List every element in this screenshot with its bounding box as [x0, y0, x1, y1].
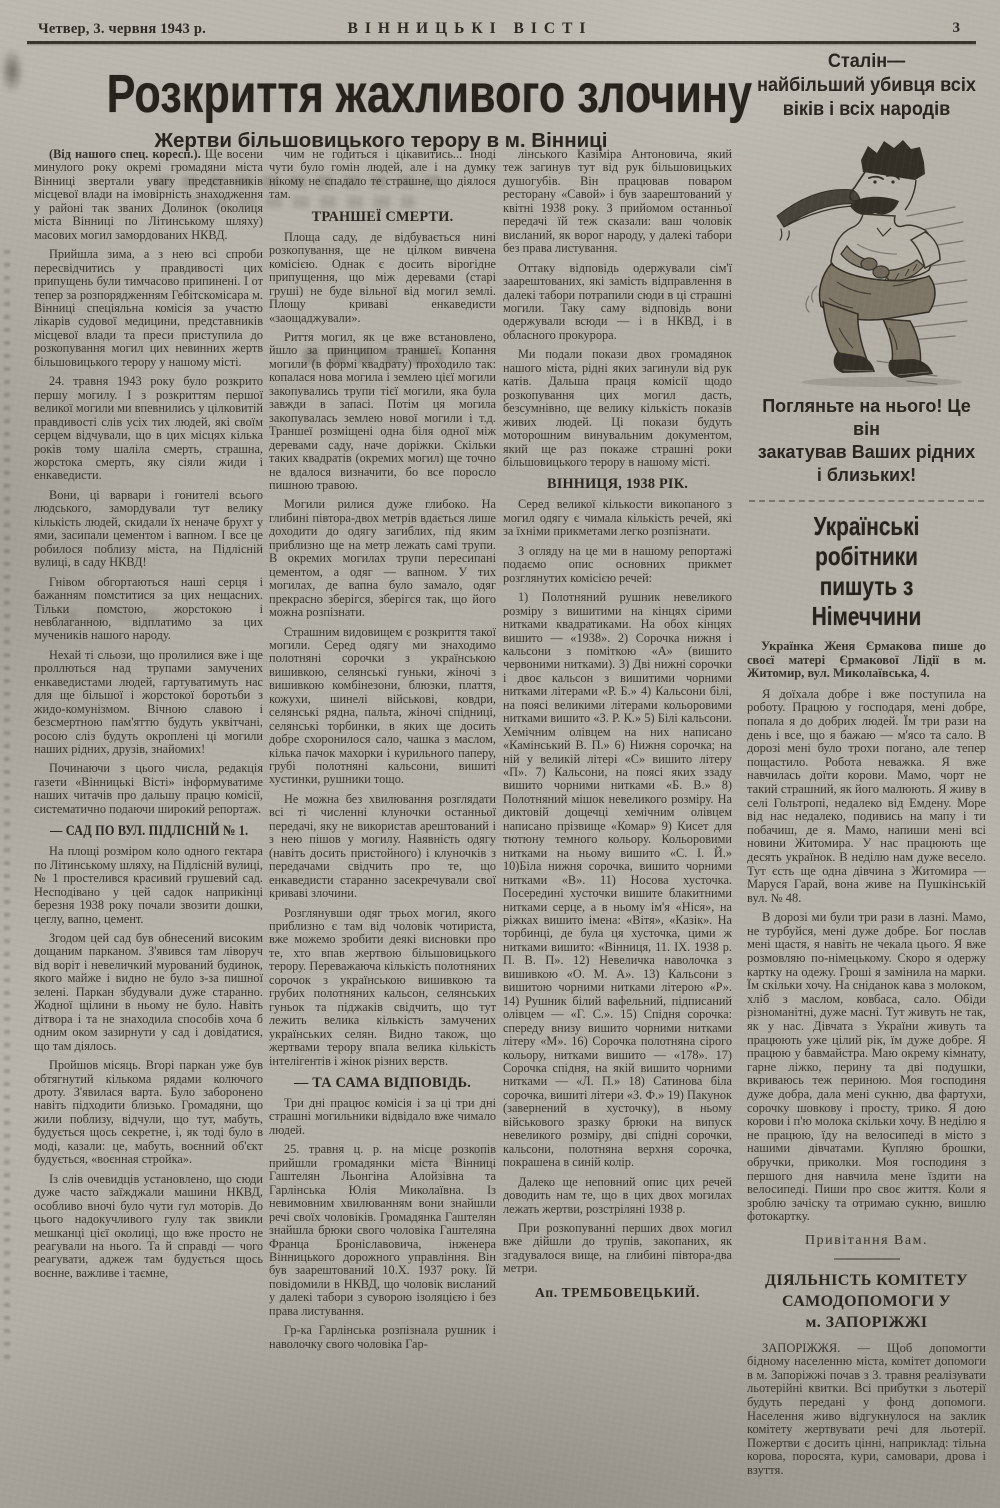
article-paragraph: Далеко ще неповний опис цих речей доводи…	[503, 1176, 732, 1216]
article-paragraph: (Від нашого спец. коресп.). Ще восени ми…	[34, 148, 263, 242]
article-paragraph: лінського Казіміра Антоновича, який теж …	[503, 148, 732, 256]
article-column-3: лінського Казіміра Антоновича, який теж …	[503, 148, 732, 1496]
article-paragraph: Я доїхала добре і вже поступила на робот…	[747, 688, 986, 906]
article-paragraph: Прийшла зима, а з нею всі спроби пересві…	[34, 248, 263, 369]
letter-article-body: Українка Женя Єрмакова пише до своєї мат…	[747, 640, 986, 1248]
newspaper-page: Четвер, 3. червня 1943 р. ВІННИЦЬКІ ВІСТ…	[0, 0, 1000, 1508]
zaporizhzhia-body: ЗАПОРІЖЖЯ. — Щоб допомогти бідному насел…	[747, 1342, 986, 1478]
article-paragraph: ЗАПОРІЖЖЯ. — Щоб допомогти бідному насел…	[747, 1342, 986, 1478]
article-paragraph: Починаючи з цього числа, редакція газети…	[34, 762, 263, 816]
zaporizhzhia-headline: ДІЯЛЬНІСТЬ КОМІТЕТУ САМОДОПОМОГИ У м. ЗА…	[747, 1270, 986, 1333]
article-paragraph: Гнівом обгортаються наші серця і бажання…	[34, 576, 263, 643]
stalin-feature-headline: Сталін— найбільший убивця всіх віків і в…	[753, 50, 980, 122]
header-rule	[27, 41, 976, 44]
article-paragraph: В дорозі ми були три рази в лазні. Мамо,…	[747, 911, 986, 1224]
article-paragraph: Ми подали покази двох громадянок нашого …	[503, 348, 732, 469]
article-paragraph: З огляду на це ми в нашому репортажі под…	[503, 545, 732, 585]
print-bleed-edge	[4, 250, 10, 1360]
newspaper-masthead: ВІННИЦЬКІ ВІСТІ	[0, 20, 940, 38]
stalin-with-sickle-drawing	[757, 136, 977, 391]
article-paragraph: 24. травня 1943 року було розкрито першу…	[34, 375, 263, 483]
article-paragraph: Серед великої кількости викопаного з мог…	[503, 498, 732, 538]
signature: Ап. ТРЕМБОВЕЦЬКИЙ.	[503, 1286, 732, 1299]
section-heading: — ТА САМА ВІДПОВІДЬ.	[269, 1075, 496, 1091]
article-paragraph: Розглянувши одяг трьох могил, якого приб…	[269, 907, 496, 1068]
article-paragraph: Риття могил, як це вже встановлено, йшло…	[269, 331, 496, 492]
article-paragraph: Три дні працює комісія і за ці три дні с…	[269, 1097, 496, 1137]
article-column-1: (Від нашого спец. коресп.). Ще восени ми…	[34, 148, 263, 1496]
main-headline: Розкриття жахливого злочину	[26, 65, 736, 123]
article-paragraph: Нехай ті сльози, що пролилися вже і ще п…	[34, 649, 263, 757]
stalin-caricature-illustration	[757, 136, 977, 391]
article-paragraph: При розкопуванні перших двох могил вже д…	[503, 1222, 732, 1276]
article-paragraph: Вони, ці варвари і гонителі всього людсь…	[34, 489, 263, 570]
article-paragraph: На площі розміром коло одного гектара по…	[34, 845, 263, 926]
signature: Привітання Вам.	[747, 1234, 986, 1248]
article-paragraph: 1) Полотняний рушник невеликого розміру …	[503, 591, 732, 1169]
section-heading: — САД ПО ВУЛ. ПІДЛІСНІЙ № 1.	[50, 823, 247, 839]
article-paragraph: Згодом цей сад був обнесений високим дощ…	[34, 932, 263, 1053]
article-paragraph: Із слів очевидців установлено, що сюди д…	[34, 1173, 263, 1281]
article-paragraph: Гр-ка Гарлінська розпізнала рушник і нав…	[269, 1324, 496, 1351]
article-paragraph: Українка Женя Єрмакова пише до своєї мат…	[747, 640, 986, 681]
right-column: Сталін— найбільший убивця всіх віків і в…	[747, 50, 986, 1498]
section-heading: ВІННИЦЯ, 1938 РІК.	[503, 476, 732, 492]
article-paragraph: Могили рилися дуже глибоко. На глибині п…	[269, 498, 496, 619]
article-paragraph: Пройшов місяць. Вгорі паркан уже був обт…	[34, 1059, 263, 1167]
page-number: 3	[953, 20, 961, 37]
article-paragraph: Площа саду, де відбувається нині розкопу…	[269, 231, 496, 325]
article-paragraph: Оттаку відповідь одержували сім'ї заареш…	[503, 262, 732, 343]
article-paragraph: чим не годиться і цікавитись... Іноді чу…	[269, 148, 496, 202]
article-column-2: чим не годиться і цікавитись... Іноді чу…	[269, 148, 496, 1496]
article-paragraph: 25. травня ц. р. на місце розкопів прийш…	[269, 1143, 496, 1318]
section-heading: ТРАНШЕЇ СМЕРТИ.	[269, 209, 496, 225]
letter-article-headline: Українські робітники пишуть з Німеччини	[747, 511, 986, 631]
section-divider	[749, 500, 984, 502]
paper-stain	[0, 48, 24, 94]
stalin-caption: Погляньте на нього! Це він закатував Ваш…	[747, 395, 986, 487]
article-paragraph: Не можна без хвилювання розглядати всі т…	[269, 793, 496, 901]
article-paragraph: Страшним видовищем є розкриття такої мог…	[269, 626, 496, 787]
article-divider	[834, 1258, 900, 1260]
